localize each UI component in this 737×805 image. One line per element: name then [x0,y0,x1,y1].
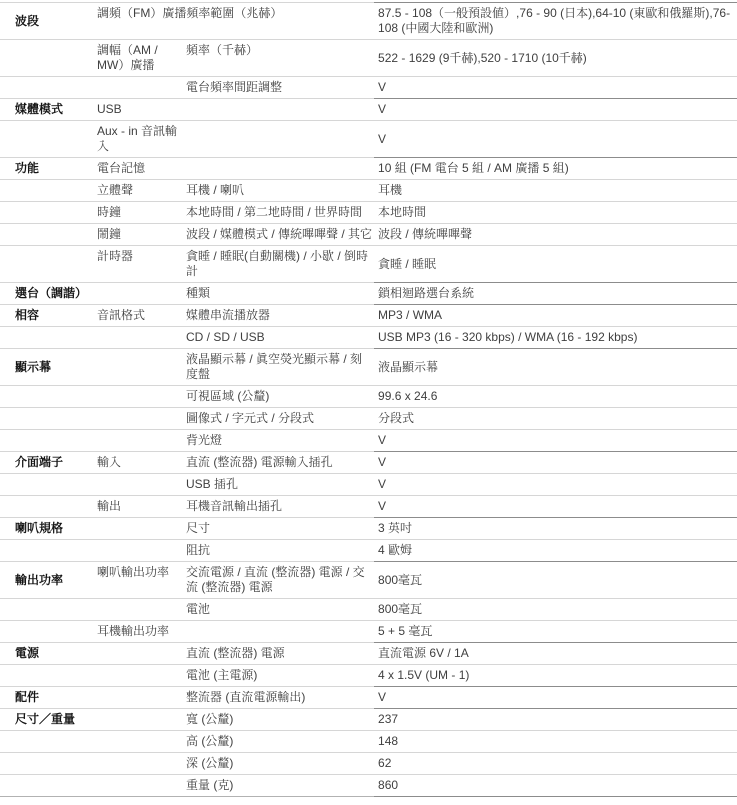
table-row: 喇叭規格尺寸3 英吋 [0,518,737,540]
spec-table-body: 波段調頻（FM）廣播頻率範圍（兆赫）87.5 - 108（一般預設値）,76 -… [0,3,737,797]
spec-item-cell: 媒體串流播放器 [186,305,374,327]
spec-value-cell: 貪睡 / 睡眠 [374,246,737,283]
spec-category-cell [0,202,97,224]
table-row: 選台（調諧）種類鎖相迴路選台系統 [0,283,737,305]
spec-item-cell: 電台頻率間距調整 [186,77,374,99]
table-row: Aux - in 音訊輸入V [0,121,737,158]
spec-category-cell: 顯示幕 [0,349,97,386]
spec-item-cell: 阻抗 [186,540,374,562]
spec-item-cell: 種類 [186,283,374,305]
spec-category-cell: 喇叭規格 [0,518,97,540]
spec-value-cell: 800毫瓦 [374,599,737,621]
spec-category-cell: 波段 [0,3,97,40]
spec-subcategory-cell [97,283,186,305]
spec-category-cell: 選台（調諧） [0,283,97,305]
spec-value-cell: 4 x 1.5V (UM - 1) [374,665,737,687]
table-row: 電台頻率間距調整V [0,77,737,99]
spec-item-cell: USB 插孔 [186,474,374,496]
spec-item-cell: 電池 (主電源) [186,665,374,687]
spec-value-cell: 5 + 5 毫瓦 [374,621,737,643]
table-row: 深 (公釐)62 [0,753,737,775]
spec-category-cell [0,327,97,349]
spec-subcategory-cell [97,474,186,496]
spec-category-cell: 相容 [0,305,97,327]
spec-category-cell [0,77,97,99]
table-row: 配件整流器 (直流電源輸出)V [0,687,737,709]
spec-item-cell: 可視區域 (公釐) [186,386,374,408]
spec-item-cell: 電池 [186,599,374,621]
table-row: 電池 (主電源)4 x 1.5V (UM - 1) [0,665,737,687]
spec-item-cell [186,158,374,180]
table-row: 高 (公釐)148 [0,731,737,753]
table-row: 功能電台記憶10 組 (FM 電台 5 組 / AM 廣播 5 組) [0,158,737,180]
spec-item-cell [186,99,374,121]
spec-item-cell [186,121,374,158]
spec-value-cell: 522 - 1629 (9千赫),520 - 1710 (10千赫) [374,40,737,77]
spec-value-cell: 耳機 [374,180,737,202]
table-row: 相容音訊格式媒體串流播放器MP3 / WMA [0,305,737,327]
spec-subcategory-cell: 輸出 [97,496,186,518]
spec-value-cell: 波段 / 傳統嗶嗶聲 [374,224,737,246]
spec-category-cell [0,496,97,518]
spec-item-cell: 深 (公釐) [186,753,374,775]
spec-value-cell: V [374,474,737,496]
spec-value-cell: 62 [374,753,737,775]
spec-subcategory-cell: 電台記憶 [97,158,186,180]
table-row: 調幅（AM / MW）廣播頻率（千赫）522 - 1629 (9千赫),520 … [0,40,737,77]
table-row: USB 插孔V [0,474,737,496]
spec-value-cell: V [374,121,737,158]
spec-value-cell: 99.6 x 24.6 [374,386,737,408]
spec-subcategory-cell: 立體聲 [97,180,186,202]
spec-category-cell [0,621,97,643]
spec-item-cell: 耳機 / 喇叭 [186,180,374,202]
spec-value-cell: 本地時間 [374,202,737,224]
spec-subcategory-cell [97,665,186,687]
spec-value-cell: 分段式 [374,408,737,430]
spec-value-cell: 237 [374,709,737,731]
table-row: 輸出耳機音訊輸出插孔V [0,496,737,518]
spec-item-cell: 交流電源 / 直流 (整流器) 電源 / 交流 (整流器) 電源 [186,562,374,599]
spec-item-cell: 重量 (克) [186,775,374,797]
table-row: 背光燈V [0,430,737,452]
spec-category-cell [0,665,97,687]
spec-category-cell: 尺寸／重量 [0,709,97,731]
spec-item-cell: 液晶顯示幕 / 眞空熒光顯示幕 / 刻度盤 [186,349,374,386]
spec-value-cell: V [374,496,737,518]
spec-subcategory-cell [97,349,186,386]
spec-item-cell: CD / SD / USB [186,327,374,349]
table-row: 尺寸／重量寬 (公釐)237 [0,709,737,731]
table-row: 重量 (克)860 [0,775,737,797]
spec-subcategory-cell [97,599,186,621]
spec-value-cell: MP3 / WMA [374,305,737,327]
spec-value-cell: V [374,99,737,121]
spec-item-cell [186,621,374,643]
spec-subcategory-cell [97,518,186,540]
spec-category-cell: 電源 [0,643,97,665]
spec-subcategory-cell: 耳機輸出功率 [97,621,186,643]
spec-value-cell: 10 組 (FM 電台 5 組 / AM 廣播 5 組) [374,158,737,180]
spec-item-cell: 寬 (公釐) [186,709,374,731]
spec-item-cell: 波段 / 媒體模式 / 傳統嗶嗶聲 / 其它 [186,224,374,246]
spec-subcategory-cell: USB [97,99,186,121]
spec-item-cell: 背光燈 [186,430,374,452]
spec-item-cell: 頻率（千赫） [186,40,374,77]
table-row: 輸出功率喇叭輸出功率交流電源 / 直流 (整流器) 電源 / 交流 (整流器) … [0,562,737,599]
table-row: 圖像式 / 字元式 / 分段式分段式 [0,408,737,430]
spec-category-cell: 介面端子 [0,452,97,474]
spec-subcategory-cell [97,77,186,99]
spec-category-cell [0,599,97,621]
table-row: 顯示幕液晶顯示幕 / 眞空熒光顯示幕 / 刻度盤液晶顯示幕 [0,349,737,386]
spec-category-cell: 配件 [0,687,97,709]
table-row: 波段調頻（FM）廣播頻率範圍（兆赫）87.5 - 108（一般預設値）,76 -… [0,3,737,40]
spec-item-cell: 直流 (整流器) 電源 [186,643,374,665]
spec-category-cell [0,775,97,797]
spec-subcategory-cell [97,408,186,430]
spec-value-cell: 3 英吋 [374,518,737,540]
spec-subcategory-cell: 喇叭輸出功率 [97,562,186,599]
spec-value-cell: 148 [374,731,737,753]
spec-subcategory-cell [97,709,186,731]
table-row: 時鐘本地時間 / 第二地時間 / 世界時間本地時間 [0,202,737,224]
spec-category-cell: 媒體模式 [0,99,97,121]
spec-item-cell: 本地時間 / 第二地時間 / 世界時間 [186,202,374,224]
spec-category-cell: 輸出功率 [0,562,97,599]
spec-subcategory-cell [97,753,186,775]
spec-value-cell: V [374,77,737,99]
spec-value-cell: 4 歐姆 [374,540,737,562]
spec-subcategory-cell [97,775,186,797]
spec-category-cell [0,540,97,562]
table-row: 鬧鐘波段 / 媒體模式 / 傳統嗶嗶聲 / 其它波段 / 傳統嗶嗶聲 [0,224,737,246]
spec-item-cell: 尺寸 [186,518,374,540]
spec-value-cell: V [374,687,737,709]
table-row: 電源直流 (整流器) 電源直流電源 6V / 1A [0,643,737,665]
spec-value-cell: 800毫瓦 [374,562,737,599]
table-row: 阻抗4 歐姆 [0,540,737,562]
spec-value-cell: 直流電源 6V / 1A [374,643,737,665]
spec-subcategory-cell [97,687,186,709]
spec-subcategory-cell: 調幅（AM / MW）廣播 [97,40,186,77]
spec-item-cell: 高 (公釐) [186,731,374,753]
spec-item-cell: 直流 (整流器) 電源輸入插孔 [186,452,374,474]
spec-subcategory-cell: 鬧鐘 [97,224,186,246]
spec-subcategory-cell [97,386,186,408]
spec-category-cell [0,430,97,452]
spec-value-cell: V [374,430,737,452]
spec-item-cell: 整流器 (直流電源輸出) [186,687,374,709]
spec-subcategory-cell: 計時器 [97,246,186,283]
spec-category-cell [0,753,97,775]
spec-category-cell [0,408,97,430]
table-row: 媒體模式USBV [0,99,737,121]
spec-subcategory-cell: 音訊格式 [97,305,186,327]
spec-item-cell: 調頻（FM）廣播頻率範圍（兆赫） [97,3,374,40]
spec-subcategory-cell [97,643,186,665]
spec-category-cell [0,731,97,753]
spec-category-cell: 功能 [0,158,97,180]
spec-sheet: 波段調頻（FM）廣播頻率範圍（兆赫）87.5 - 108（一般預設値）,76 -… [0,0,737,797]
table-row: 耳機輸出功率5 + 5 毫瓦 [0,621,737,643]
spec-value-cell: 860 [374,775,737,797]
spec-category-cell [0,121,97,158]
table-row: 介面端子輸入直流 (整流器) 電源輸入插孔V [0,452,737,474]
spec-value-cell: USB MP3 (16 - 320 kbps) / WMA (16 - 192 … [374,327,737,349]
spec-value-cell: 87.5 - 108（一般預設値）,76 - 90 (日本),64-10 (東歐… [374,3,737,40]
table-row: 立體聲耳機 / 喇叭耳機 [0,180,737,202]
spec-category-cell [0,474,97,496]
spec-value-cell: 液晶顯示幕 [374,349,737,386]
spec-category-cell [0,224,97,246]
spec-item-cell: 耳機音訊輸出插孔 [186,496,374,518]
table-row: 可視區域 (公釐)99.6 x 24.6 [0,386,737,408]
table-row: 計時器貪睡 / 睡眠(自動關機) / 小歇 / 倒時計貪睡 / 睡眠 [0,246,737,283]
spec-value-cell: V [374,452,737,474]
spec-category-cell [0,180,97,202]
spec-subcategory-cell: 輸入 [97,452,186,474]
spec-subcategory-cell: Aux - in 音訊輸入 [97,121,186,158]
spec-subcategory-cell [97,731,186,753]
spec-table: 波段調頻（FM）廣播頻率範圍（兆赫）87.5 - 108（一般預設値）,76 -… [0,2,737,797]
spec-value-cell: 鎖相迴路選台系統 [374,283,737,305]
spec-category-cell [0,386,97,408]
table-row: CD / SD / USBUSB MP3 (16 - 320 kbps) / W… [0,327,737,349]
spec-category-cell [0,246,97,283]
table-row: 電池800毫瓦 [0,599,737,621]
spec-item-cell: 貪睡 / 睡眠(自動關機) / 小歇 / 倒時計 [186,246,374,283]
spec-subcategory-cell [97,540,186,562]
spec-item-cell: 圖像式 / 字元式 / 分段式 [186,408,374,430]
spec-subcategory-cell: 時鐘 [97,202,186,224]
spec-subcategory-cell [97,327,186,349]
spec-category-cell [0,40,97,77]
spec-subcategory-cell [97,430,186,452]
